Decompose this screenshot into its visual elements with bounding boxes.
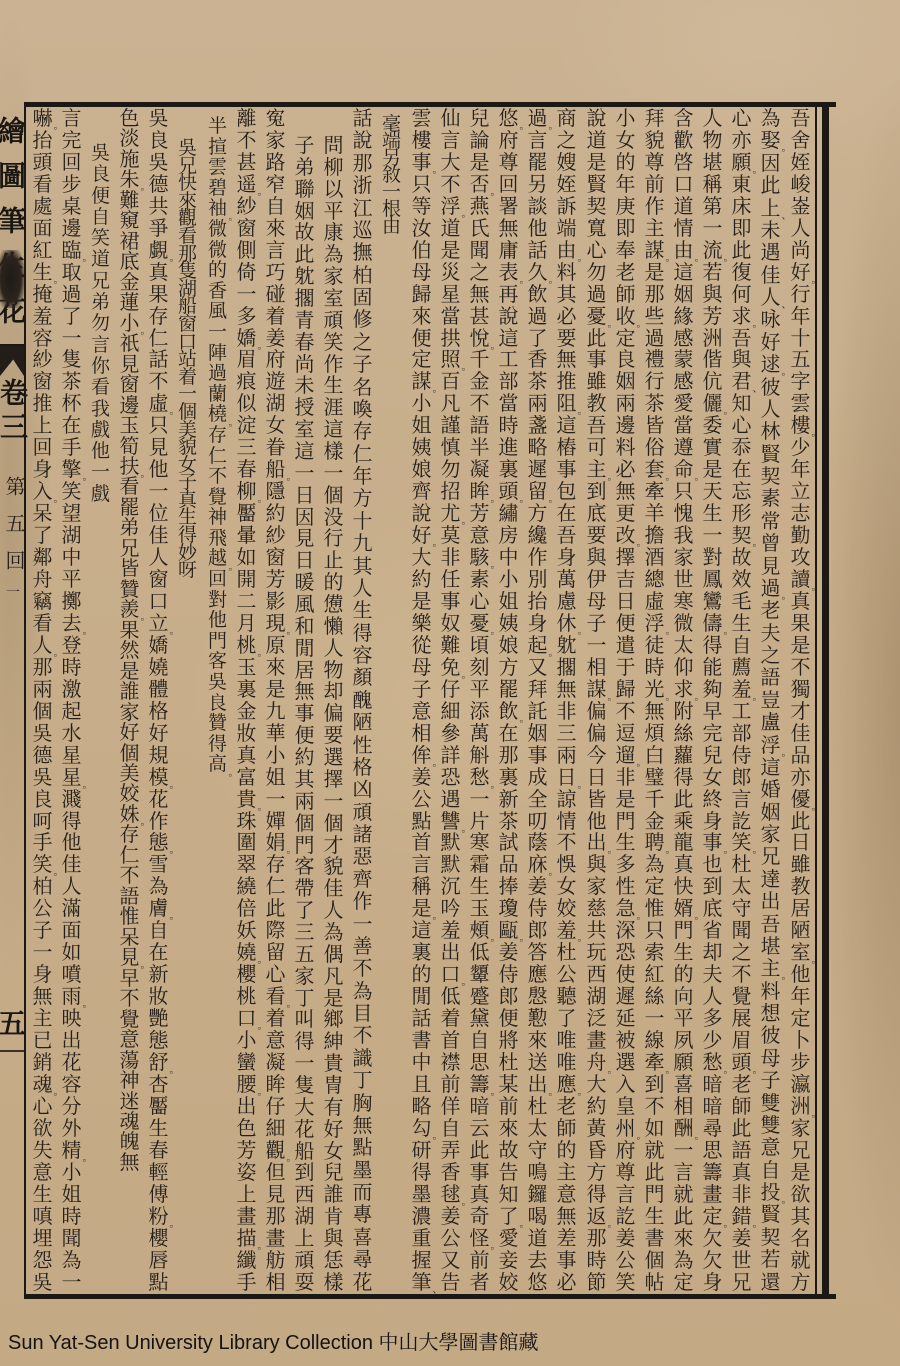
page-number: 五 bbox=[0, 1008, 26, 1040]
text-column: 悠。府尊回署無庸表。再說這工部當時進裏頭。繡房中小姐姨娘方罷飲。在那裏新茶試品捧… bbox=[494, 108, 523, 1292]
scanned-book-page: 繪圖筆生花 卷三 第五回 一 五 吾舍姪峻崟人尚好。行年十五字雲樓。少年立志勤攻… bbox=[0, 0, 900, 1366]
text-column-dialogue: 吳良便自笑道兄弟勿言你看我戲他一戲 bbox=[86, 143, 115, 505]
text-column: 寃家路窄自來言巧碰着姜府遊湖女眷船。隱約紗窗芳影現。原來是九華小姐一嬋娟。存仁此… bbox=[261, 108, 290, 1292]
text-column: 兒論是否。燕氏聞之無甚悅。千金不語半凝眸。芳意駭。素心憂。頃刻平添萬斛愁。一片寒… bbox=[465, 108, 494, 1292]
page-number-divider bbox=[0, 1050, 24, 1052]
text-column: 半揎雲碧袖。微微的香風一陣過蘭橈。存仁不覺神飛越。回對他門客吳良贊得高。 bbox=[203, 116, 232, 775]
text-column-dialogue: 吳兄快來觀看那隻湖船窗口站着一個美貌女子真生得妙呀 bbox=[173, 140, 202, 580]
banner-divider bbox=[0, 344, 24, 346]
text-column: 色淡施朱。難窺裙底金蓮小。祇見窗邊玉筍扶。看罷弟兄皆贊羨。果然是誰家好個美姣姝。… bbox=[115, 108, 144, 1172]
chapter-label: 第五回 bbox=[2, 476, 26, 587]
margin-mark: 一 bbox=[6, 586, 20, 600]
collection-credit: Sun Yat-Sen University Library Collectio… bbox=[8, 1330, 539, 1356]
text-column: 子弟聯姻故此躭擱青春尚未授室這一日因見日暖風和閒居無事便約其兩個門客帶了三五家丁… bbox=[290, 135, 319, 1292]
text-column: 吾舍姪峻崟人尚好。行年十五字雲樓。少年立志勤攻讀。真果是不獨才佳品亦優。此日雖教… bbox=[786, 108, 815, 1292]
volume-label: 卷三 bbox=[0, 378, 27, 446]
frame-bottom-border bbox=[24, 1294, 836, 1299]
ink-stain bbox=[0, 250, 24, 308]
text-column: 心亦願。東床即此復何求。吾與君、知心忝在忘形契。故效毛生自薦羞。工部侍郎言訖笑。… bbox=[727, 108, 756, 1292]
text-column: 仙言大不浮。道是災星當拱照。百凡謹慎勿招尤。莫非任事奴難免。仔細參詳恐遇讐。默默… bbox=[436, 108, 465, 1292]
text-column: 嚇。抬頭看處面紅生。掩羞容紗窗推上回身入。呆了鄰舟竊看人。那兩個吳德吳良呵手笑。… bbox=[28, 108, 57, 1292]
text-column: 拜貌尊前作主謀。是那些過禮行茶皆俗套。牽羊擔酒總虛浮。徒時光。無煩白璧千金聘。為… bbox=[640, 108, 669, 1292]
text-column: 吳良吳德共爭覷。真果存仁話不虛。只見他一位佳人窗口立。嬌嬈體格好規模。花作態。雪… bbox=[144, 108, 173, 1292]
frame-right-border bbox=[822, 102, 829, 1299]
text-column-prose-start: 話說那浙江巡撫柏固修之子名喚存仁年方十九其人生得容顏醜陋性格凶頑諸惡齊作一善不為… bbox=[348, 108, 377, 1292]
text-column: 問柳以平康為家室頑笑作生涯這樣一個没行止的憊懶人物却偏要選擇一個才貌佳人為偶凡是… bbox=[319, 135, 348, 1292]
text-column: 說道是賢契寬心勿過憂。此事雖教吾可主。到底要與伊母子一相謀。偏偏今日皆他出。與家… bbox=[582, 108, 611, 1292]
text-column: 離不甚遥。紗窗側倚一多嬌。眉痕似淀三春柳。靨暈如開二月桃。玉裏金妝真富貴。珠圍翠… bbox=[232, 108, 261, 1292]
fishtail-ornament-icon bbox=[0, 346, 24, 376]
text-column-closing-line: 毫端另敘一根由 bbox=[377, 116, 406, 235]
text-column: 雲樓事。只等汝伯母歸來便定謀。小姐姨娘齊說好。大約是樂從母子意相侔。姜公點首言稱… bbox=[407, 108, 436, 1292]
